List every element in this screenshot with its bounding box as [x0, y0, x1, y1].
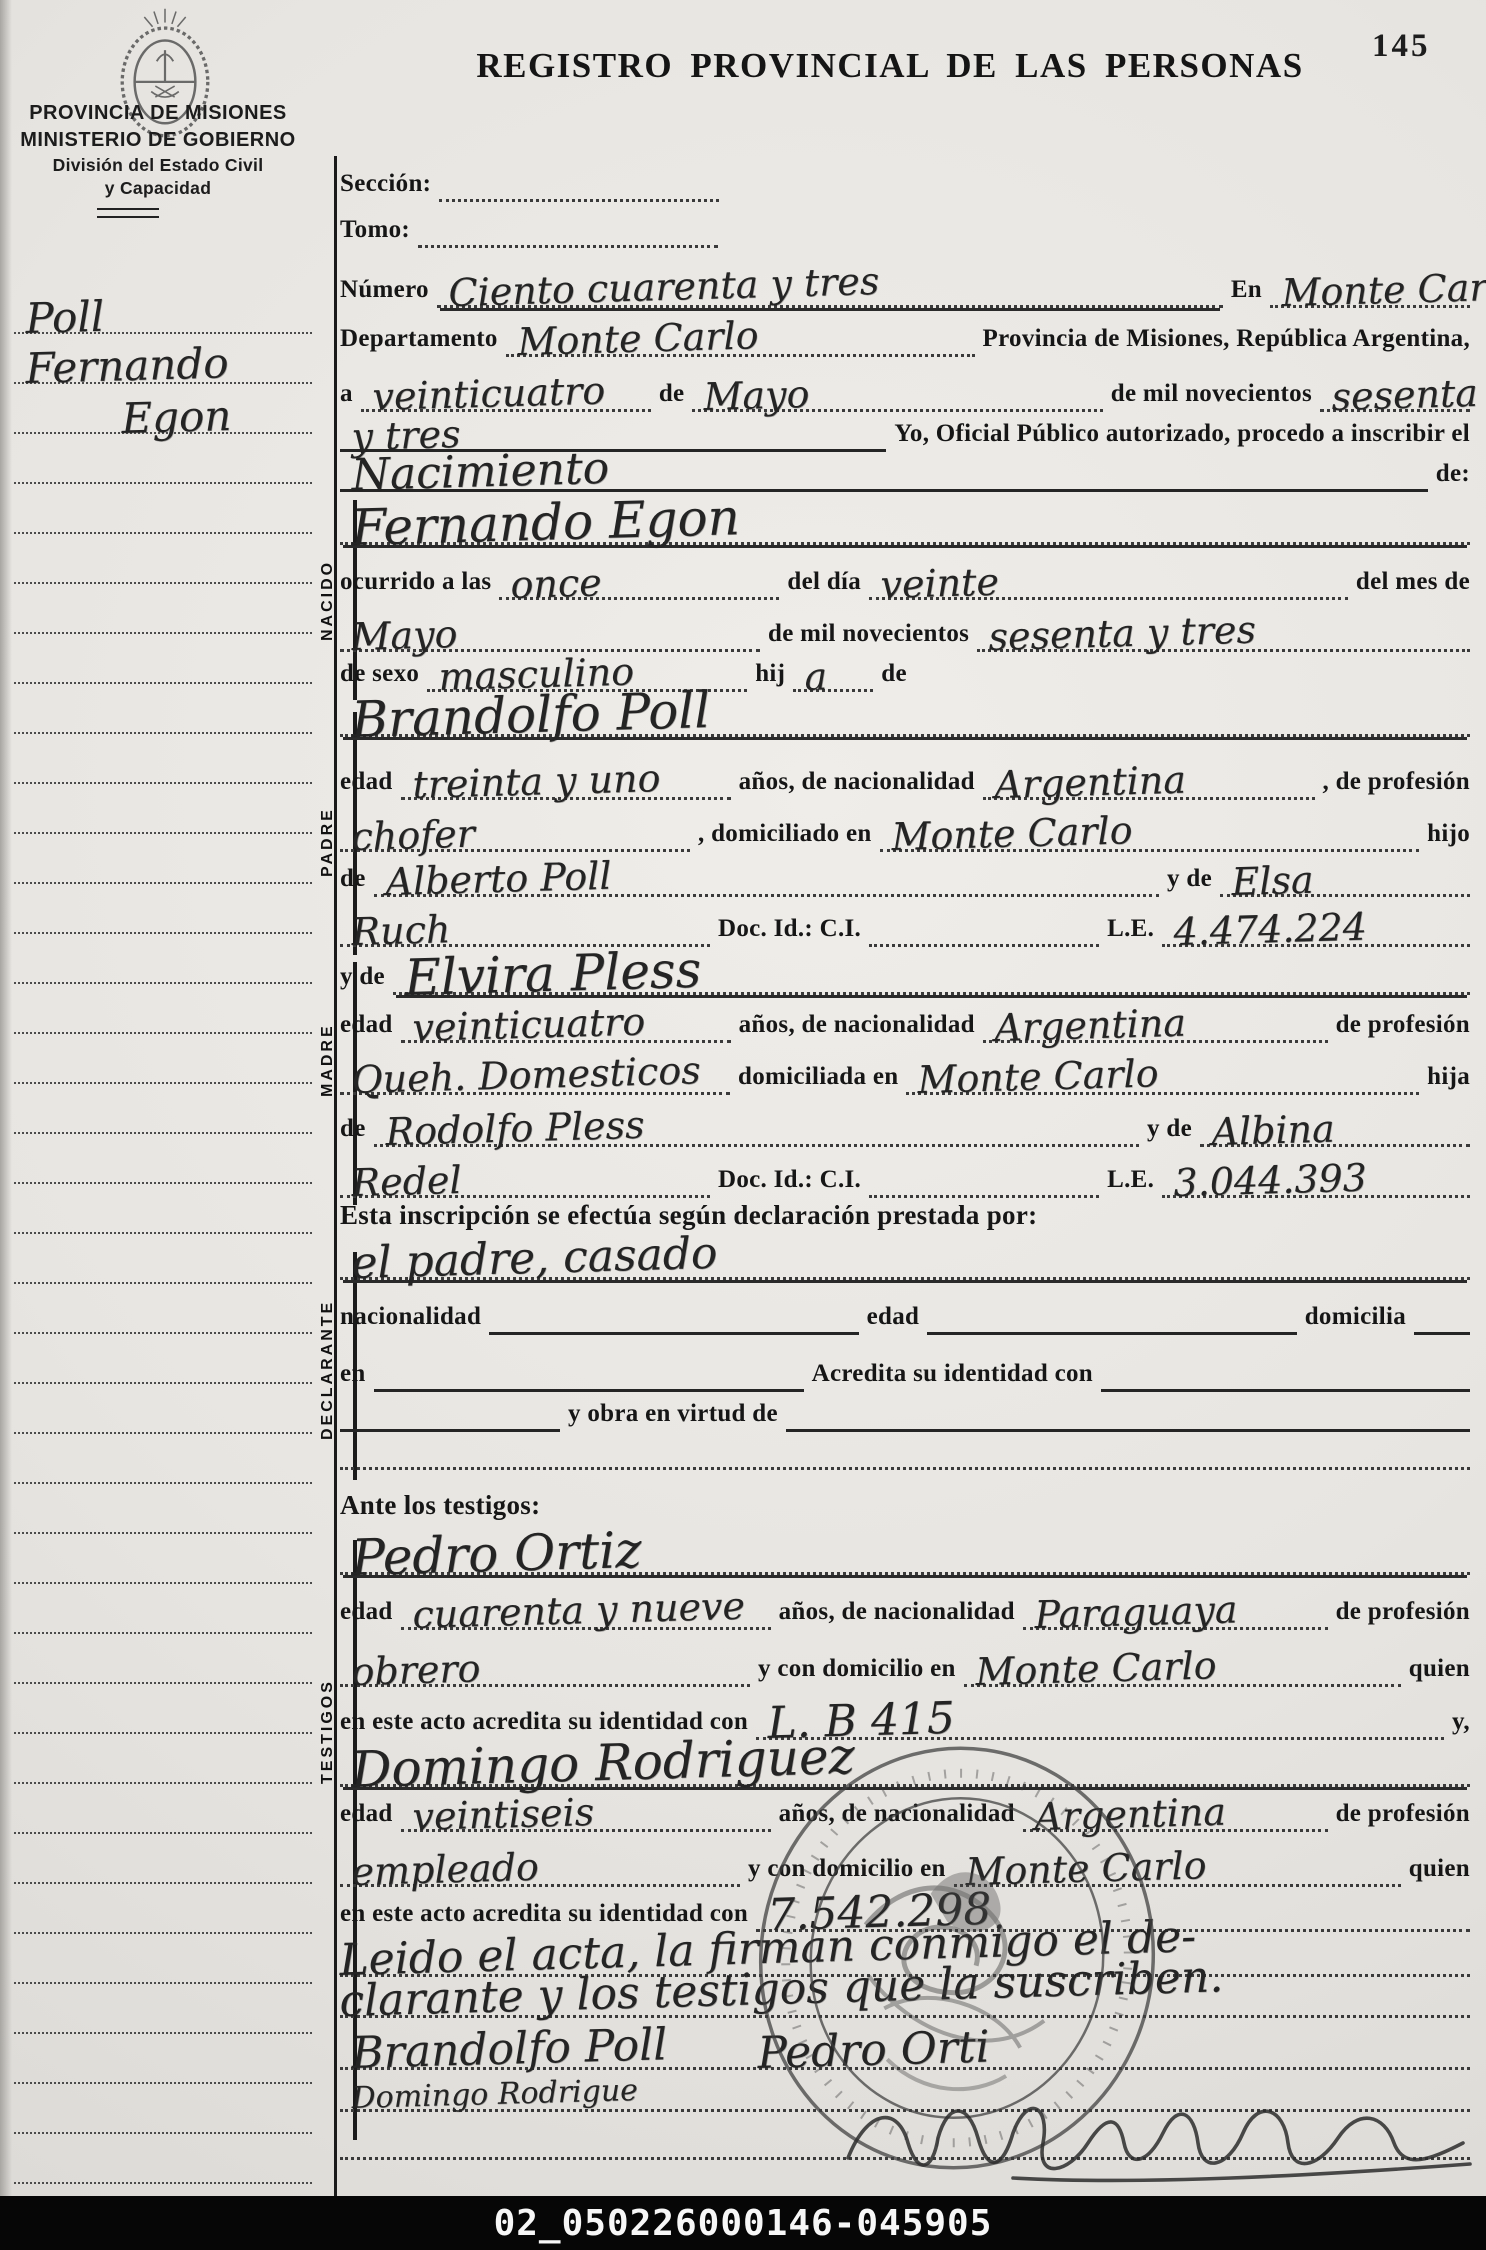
margin-line	[14, 2084, 312, 2134]
margin-index-column: PollFernandoEgon	[14, 284, 312, 2184]
margin-line	[14, 1384, 312, 1434]
empty-ruled-line	[340, 1467, 1470, 1470]
margin-line	[14, 1284, 312, 1334]
margin-line	[14, 1134, 312, 1184]
index-entry-line: Poll	[14, 284, 312, 334]
margin-line	[14, 1434, 312, 1484]
form-divider-line	[334, 156, 337, 2196]
margin-line	[14, 484, 312, 534]
margin-line	[14, 584, 312, 634]
margin-line	[14, 1034, 312, 1084]
row-testigo1-edad: edad cuarenta y nueve años, de nacionali…	[340, 1566, 1470, 1630]
madre-le-label: L.E.	[1107, 1166, 1154, 1198]
document-title: REGISTRO PROVINCIAL DE LAS PERSONAS	[390, 46, 1390, 86]
row-madre-doc: Redel Doc. Id.: C.I. L.E. 3.044.393	[340, 1134, 1470, 1198]
archive-reference-code: 02_050226000146-045905	[494, 2203, 993, 2244]
margin-line	[14, 1334, 312, 1384]
margin-line	[14, 2134, 312, 2184]
index-entry: Poll	[25, 298, 105, 338]
section-label-declarante: DECLARANTE	[317, 1255, 339, 1485]
issuing-authority: PROVINCIA DE MISIONES MINISTERIO DE GOBI…	[6, 100, 310, 200]
margin-line	[14, 1684, 312, 1734]
official-signature	[838, 2088, 1478, 2188]
row-blank-line	[340, 1406, 1470, 1470]
index-entry: Egon	[121, 397, 232, 438]
scanned-birth-certificate: REGISTRO PROVINCIAL DE LAS PERSONAS 145 …	[0, 0, 1486, 2250]
margin-line	[14, 534, 312, 584]
margin-line	[14, 1184, 312, 1234]
section-label-padre: PADRE	[317, 762, 339, 922]
authority-line: y Capacidad	[6, 177, 310, 200]
margin-line	[14, 834, 312, 884]
index-entry: Fernando	[25, 345, 229, 388]
decorative-rule	[97, 208, 159, 218]
margin-line	[14, 884, 312, 934]
margin-line	[14, 1784, 312, 1834]
margin-line	[14, 784, 312, 834]
page-number: 145	[1372, 28, 1431, 65]
madre-le-entry: 3.044.393	[1173, 1160, 1367, 1200]
margin-line	[14, 1834, 312, 1884]
madre-ci-blank	[869, 1195, 1099, 1198]
row-padre-nombre: Brandolfo Poll	[340, 673, 1470, 737]
margin-line	[14, 1934, 312, 1984]
section-label-nacido: NACIDO	[317, 520, 339, 680]
section-label-testigos: TESTIGOS	[317, 1622, 339, 1842]
margin-line	[14, 1884, 312, 1934]
authority-line: División del Estado Civil	[6, 154, 310, 177]
margin-line	[14, 1634, 312, 1684]
margin-line	[14, 684, 312, 734]
madre-doc-label: Doc. Id.: C.I.	[718, 1166, 861, 1198]
row-declarante-datos: nacionalidad edad domicilia	[340, 1271, 1470, 1335]
margin-line	[14, 2034, 312, 2084]
margin-line	[14, 934, 312, 984]
row-tomo: Tomo:	[340, 184, 1470, 248]
margin-line	[14, 1584, 312, 1634]
margin-line	[14, 1534, 312, 1584]
padre-nombre-entry: Brandolfo Poll	[351, 688, 711, 743]
authority-line: PROVINCIA DE MISIONES	[6, 100, 310, 127]
margin-line	[14, 1734, 312, 1784]
margin-line	[14, 1984, 312, 2034]
authority-line: MINISTERIO DE GOBIERNO	[6, 127, 310, 154]
scan-footer-bar: 02_050226000146-045905	[0, 2196, 1486, 2250]
margin-line	[14, 1084, 312, 1134]
margin-line	[14, 1484, 312, 1534]
madre-abuela2-blank: Redel	[340, 1166, 710, 1198]
margin-line	[14, 734, 312, 784]
madre-le-blank: 3.044.393	[1162, 1166, 1470, 1198]
margin-line	[14, 634, 312, 684]
padre-nombre-blank: Brandolfo Poll	[340, 698, 1470, 737]
margin-line	[14, 984, 312, 1034]
section-label-madre: MADRE	[317, 985, 339, 1135]
margin-line	[14, 1234, 312, 1284]
madre-abuela2-entry: Redel	[351, 1163, 462, 1200]
